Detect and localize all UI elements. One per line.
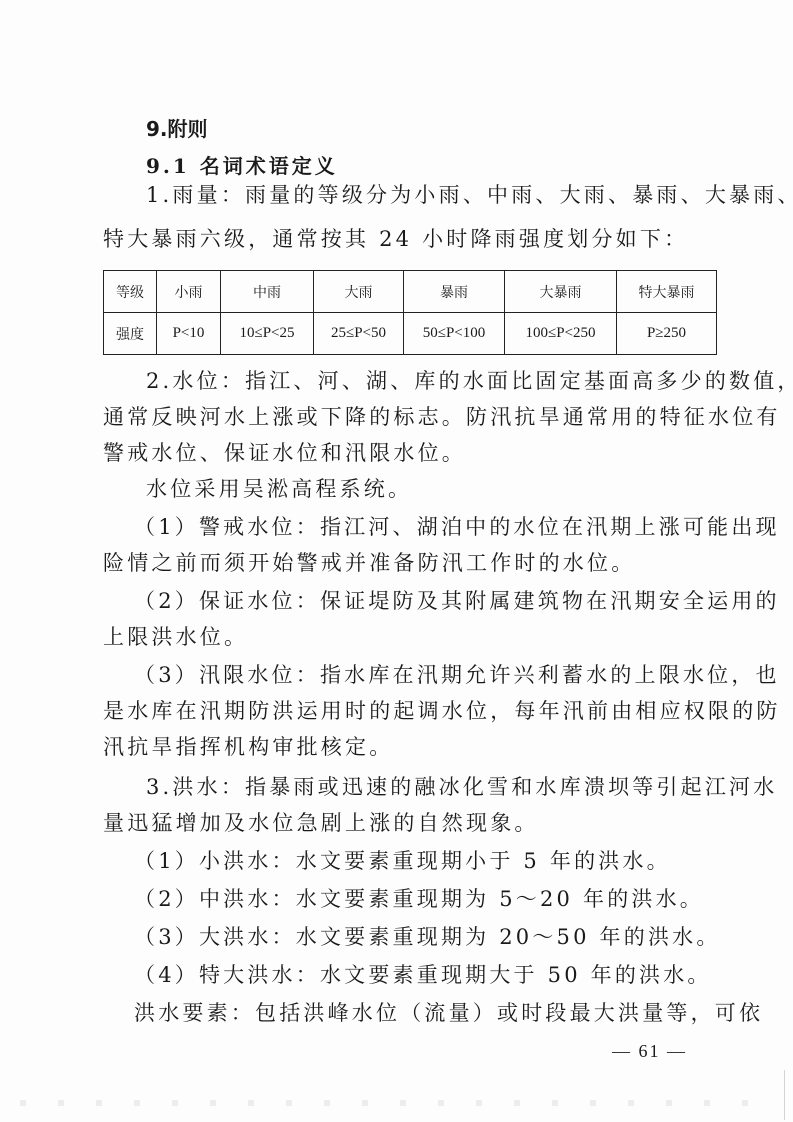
scan-artifact	[20, 1100, 760, 1106]
paragraph-level-line-1: 2.水位：指江、河、湖、库的水面比固定基面高多少的数值，	[146, 366, 793, 396]
table-cell: 特大暴雨	[617, 271, 717, 313]
paragraph-extreme-flood: （4）特大洪水：水文要素重现期大于 50 年的洪水。	[134, 960, 712, 990]
paragraph-small-flood: （1）小洪水：水文要素重现期小于 5 年的洪水。	[134, 846, 671, 876]
table-row: 强度 P<10 10≤P<25 25≤P<50 50≤P<100 100≤P<2…	[104, 313, 717, 355]
paragraph-level-line-2: 通常反映河水上涨或下降的标志。防汛抗旱通常用的特征水位有	[103, 402, 781, 432]
table-cell: P≥250	[617, 313, 717, 355]
paragraph-flood-elements: 洪水要素：包括洪峰水位（流量）或时段最大洪量等，可依	[134, 998, 763, 1028]
table-cell: 10≤P<25	[221, 313, 314, 355]
table-cell: 大雨	[314, 271, 404, 313]
table-cell: 大暴雨	[505, 271, 617, 313]
paragraph-rain-line-2: 特大暴雨六级，通常按其 24 小时降雨强度划分如下：	[103, 224, 688, 254]
paragraph-limit-line-3: 汛抗旱指挥机构审批核定。	[103, 732, 393, 762]
paragraph-guarantee-line-1: （2）保证水位：保证堤防及其附属建筑物在汛期安全运用的	[134, 586, 780, 616]
table-cell: 暴雨	[404, 271, 505, 313]
table-cell: 50≤P<100	[404, 313, 505, 355]
table-cell: 小雨	[157, 271, 221, 313]
page-number: — 61 —	[612, 1041, 687, 1062]
subsection-heading: 9.1 名词术语定义	[146, 150, 338, 179]
table-cell: 中雨	[221, 271, 314, 313]
paragraph-warning-line-1: （1）警戒水位：指江河、湖泊中的水位在汛期上涨可能出现	[134, 512, 780, 542]
paragraph-guarantee-line-2: 上限洪水位。	[103, 622, 248, 652]
paragraph-rain-line-1: 1.雨量：雨量的等级分为小雨、中雨、大雨、暴雨、大暴雨、	[146, 180, 793, 210]
paragraph-large-flood: （3）大洪水：水文要素重现期为 20～50 年的洪水。	[134, 922, 721, 952]
table-header-row: 等级 小雨 中雨 大雨 暴雨 大暴雨 特大暴雨	[104, 271, 717, 313]
paragraph-medium-flood: （2）中洪水：水文要素重现期为 5～20 年的洪水。	[134, 884, 704, 914]
table-cell: P<10	[157, 313, 221, 355]
table-cell: 25≤P<50	[314, 313, 404, 355]
table-cell: 100≤P<250	[505, 313, 617, 355]
document-page: 9.附则 9.1 名词术语定义 1.雨量：雨量的等级分为小雨、中雨、大雨、暴雨、…	[0, 0, 793, 1122]
paragraph-flood-line-2: 量迅猛增加及水位急剧上涨的自然现象。	[103, 808, 539, 838]
section-heading: 9.附则	[146, 113, 208, 142]
paragraph-level-line-3: 警戒水位、保证水位和汛限水位。	[103, 438, 466, 468]
paragraph-limit-line-2: 是水库在汛期防洪运用时的起调水位，每年汛前由相应权限的防	[103, 696, 781, 726]
paragraph-warning-line-2: 险情之前而须开始警戒并准备防汛工作时的水位。	[103, 548, 635, 578]
paragraph-level-line-4: 水位采用吴淞高程系统。	[146, 474, 412, 504]
paragraph-flood-line-1: 3.洪水：指暴雨或迅速的融冰化雪和水库溃坝等引起江河水	[146, 772, 777, 802]
paragraph-limit-line-1: （3）汛限水位：指水库在汛期允许兴利蓄水的上限水位，也	[134, 660, 780, 690]
rain-level-table: 等级 小雨 中雨 大雨 暴雨 大暴雨 特大暴雨 强度 P<10 10≤P<25 …	[103, 270, 717, 355]
table-cell: 强度	[104, 313, 157, 355]
table-cell: 等级	[104, 271, 157, 313]
scan-edge	[784, 1070, 785, 1120]
